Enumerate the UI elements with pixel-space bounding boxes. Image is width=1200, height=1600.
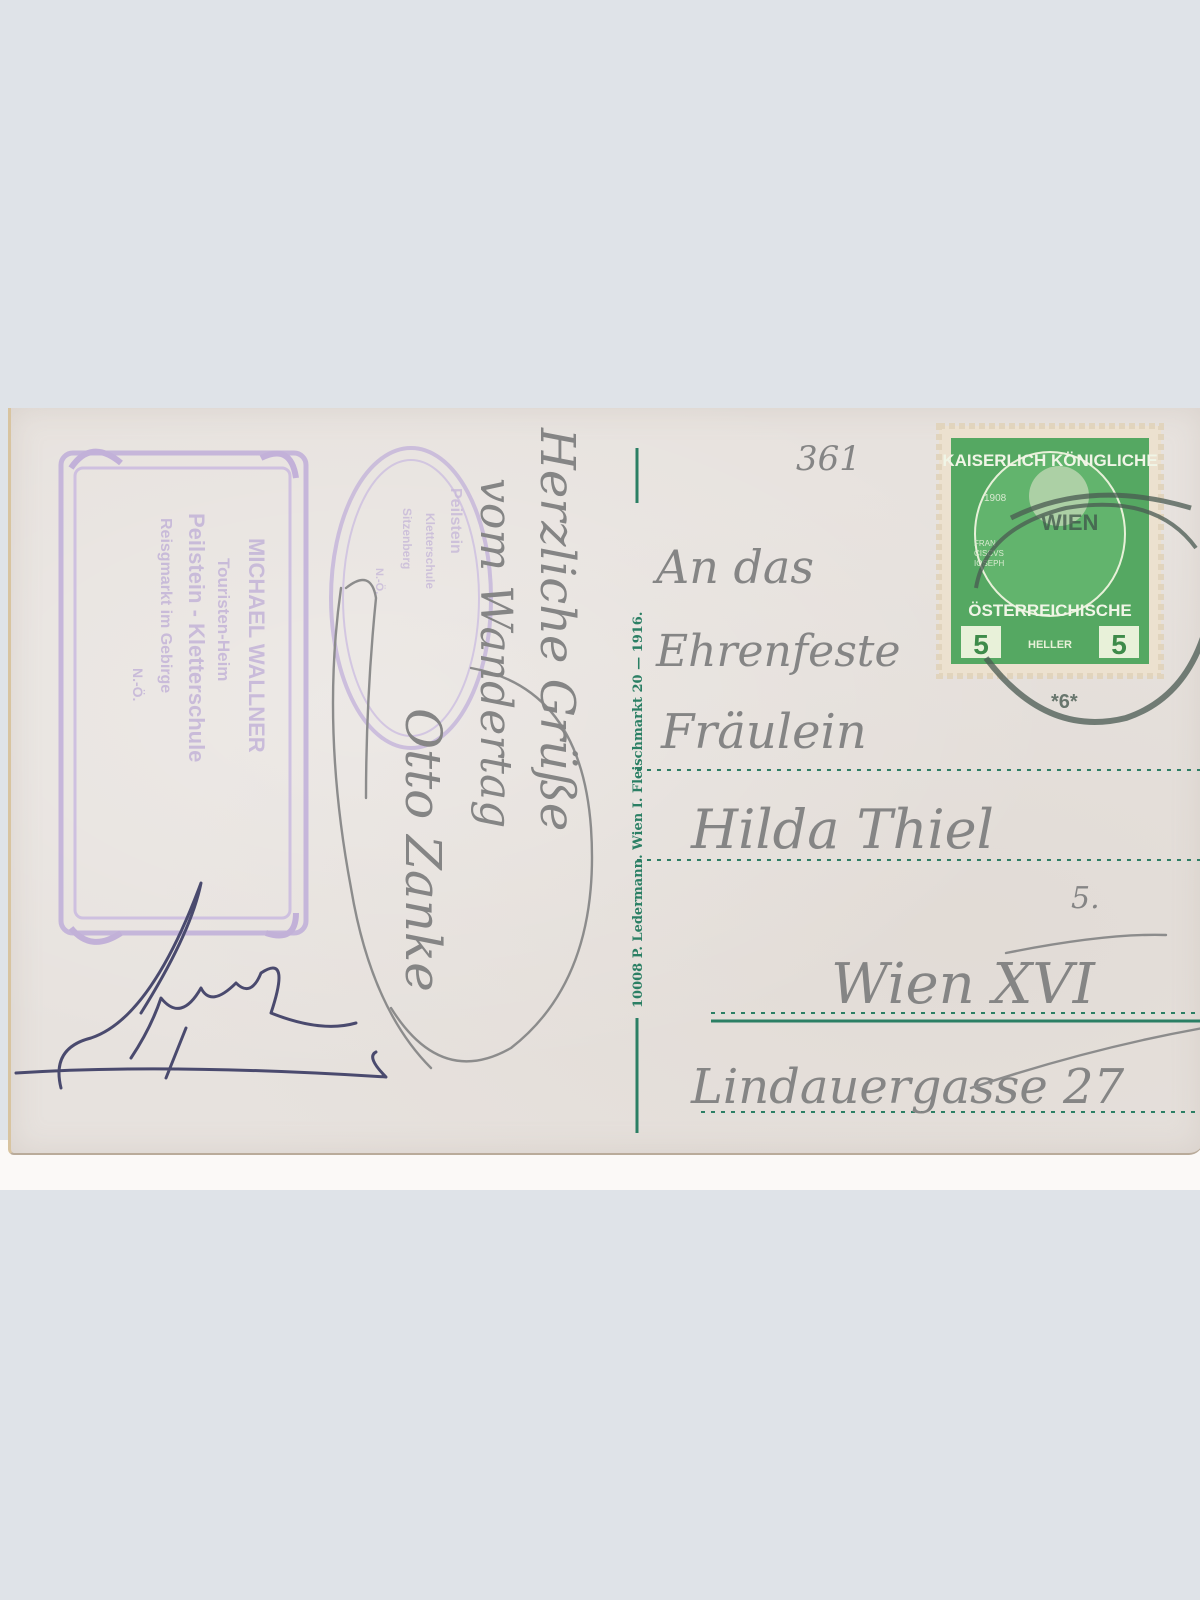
- ink-signature: Schaufeld: [16, 883, 386, 1088]
- stamp-line-4: Reisgmarkt im Gebirge: [157, 518, 174, 693]
- oval-stamp-line-3: Sitzenberg: [400, 508, 414, 569]
- message-line-2: vom Wandertag: [470, 478, 521, 828]
- address-line-1: An das: [652, 540, 814, 594]
- message-line-1: Herzliche Grüße: [529, 427, 585, 831]
- stamp-value-right: 5: [1111, 629, 1127, 660]
- postcard-artwork: MICHAEL WALLNER Touristen-Heim Peilstein…: [11, 408, 1200, 1153]
- address-line-4: Hilda Thiel: [690, 798, 994, 861]
- postmark-fragment: *6*: [1051, 691, 1078, 713]
- stamp-unit: HELLER: [1028, 639, 1072, 651]
- address-line-6: Lindauergasse 27: [690, 1059, 1125, 1115]
- stamp-line-2: Touristen-Heim: [214, 558, 233, 681]
- stamp-value-left: 5: [973, 629, 989, 660]
- oval-stamp-line-1: Peilstein: [447, 488, 464, 554]
- stamp-top-text: KAISERLICH KÖNIGLICHE: [942, 451, 1157, 470]
- inventory-number: 361: [796, 439, 861, 479]
- stamp-caption-3: IOSEPH: [974, 559, 1004, 568]
- printer-imprint: 10008 P. Ledermann. Wien I. Fleischmarkt…: [631, 612, 646, 1008]
- postmark-text: WIEN: [1041, 510, 1098, 535]
- address-line-3: Fräulein: [660, 704, 867, 760]
- oval-stamp-line-2: Kletterschule: [423, 513, 437, 589]
- stamp-line-1: MICHAEL WALLNER: [244, 538, 269, 753]
- postcard-back: MICHAEL WALLNER Touristen-Heim Peilstein…: [8, 408, 1200, 1155]
- stamp-year: 1908: [984, 493, 1007, 504]
- stamp-line-5: N.-Ö.: [130, 668, 146, 701]
- violet-oval-stamp: Peilstein Kletterschule Sitzenberg N.-Ö.: [331, 448, 491, 748]
- stamp-bottom-text: ÖSTERREICHISCHE: [968, 601, 1131, 620]
- address-line-2: Ehrenfeste: [655, 626, 901, 677]
- address-line-5: Wien XVI: [831, 952, 1097, 1017]
- violet-rect-stamp: MICHAEL WALLNER Touristen-Heim Peilstein…: [61, 452, 306, 942]
- divider-with-imprint: 10008 P. Ledermann. Wien I. Fleischmarkt…: [631, 448, 646, 1133]
- district-note: 5.: [1071, 881, 1100, 916]
- stamp-line-3: Peilstein - Kletterschule: [184, 513, 209, 762]
- message-line-3: Otto Zanke: [394, 708, 452, 992]
- postage-stamp: KAISERLICH KÖNIGLICHE ÖSTERREICHISCHE 19…: [939, 426, 1161, 676]
